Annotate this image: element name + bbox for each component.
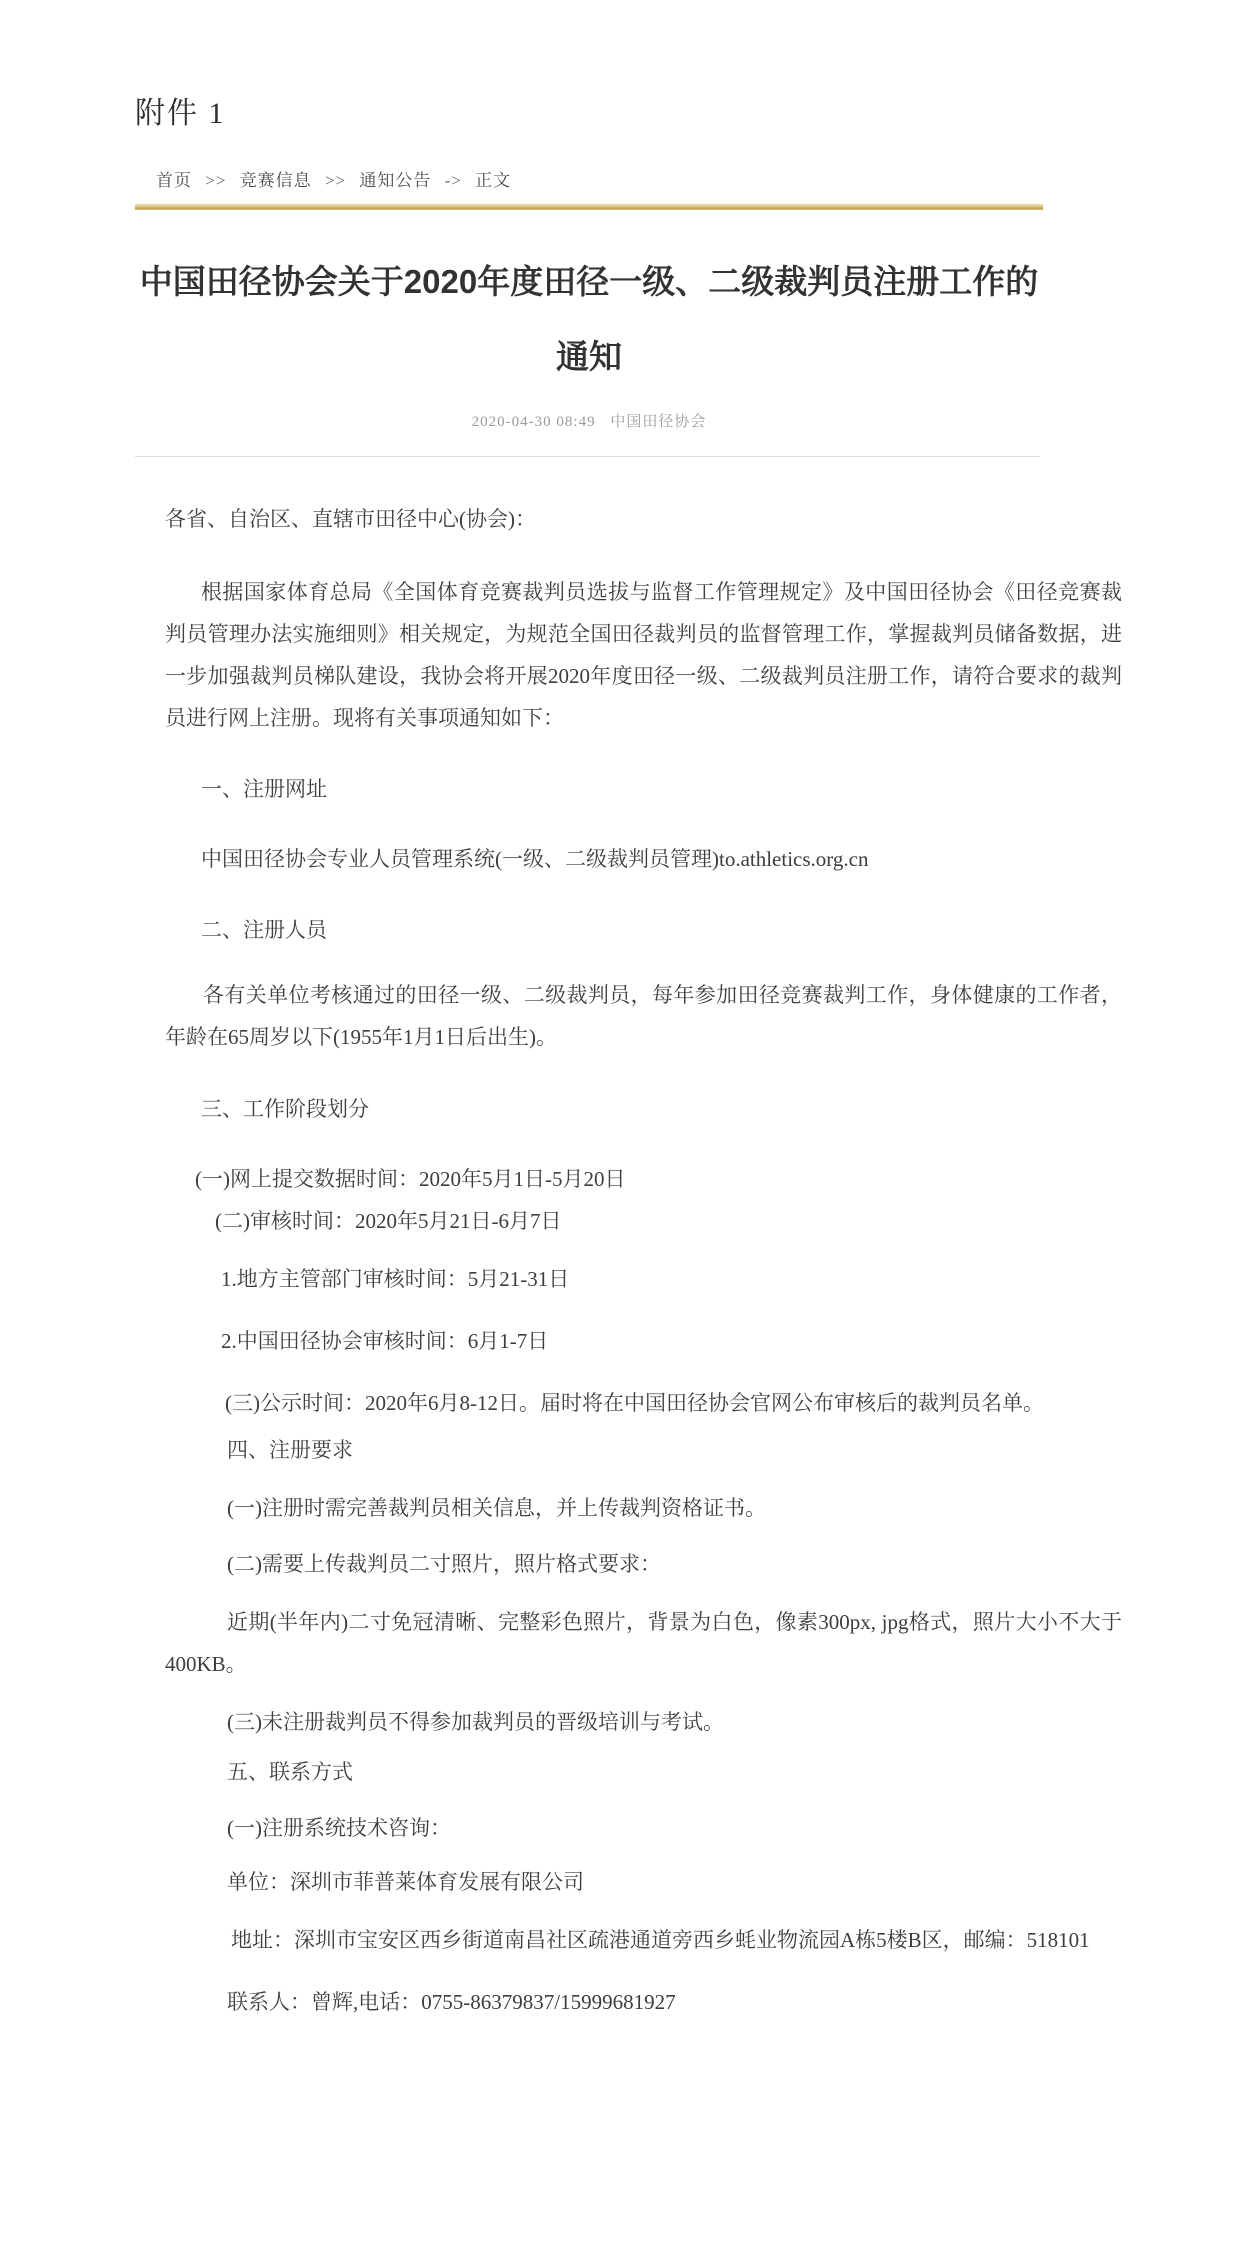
content-divider — [135, 456, 1040, 457]
stage-item-submit-time: (一)网上提交数据时间：2020年5月1日-5月20日 — [195, 1158, 1122, 1200]
breadcrumb: 首页 >> 竞赛信息 >> 通知公告 -> 正文 — [156, 166, 1257, 191]
contact-item-address: 地址：深圳市宝安区西乡街道南昌社区疏港通道旁西乡蚝业物流园A栋5楼B区，邮编：5… — [231, 1919, 1122, 1961]
accent-rule — [135, 204, 1043, 210]
breadcrumb-item-notices[interactable]: 通知公告 — [359, 171, 431, 190]
section-2-heading: 二、注册人员 — [201, 909, 1122, 951]
salutation-line: 各省、自治区、直辖市田径中心(协会)： — [165, 498, 1122, 540]
attachment-label: 附件 1 — [135, 88, 1257, 132]
breadcrumb-separator: >> — [325, 171, 346, 190]
requirement-item-photo: (二)需要上传裁判员二寸照片，照片格式要求： — [227, 1543, 1122, 1585]
breadcrumb-item-competition-info[interactable]: 竞赛信息 — [240, 171, 312, 190]
article-source: 中国田径协会 — [610, 414, 706, 430]
photo-spec-paragraph: 近期(半年内)二寸免冠清晰、完整彩色照片，背景为白色，像素300px, jpg格… — [165, 1601, 1122, 1685]
contact-item-consult: (一)注册系统技术咨询： — [227, 1807, 1122, 1849]
stage-item-publicity: (三)公示时间：2020年6月8-12日。届时将在中国田径协会官网公布审核后的裁… — [225, 1382, 1122, 1424]
stage-item-review-time: (二)审核时间：2020年5月21日-6月7日 — [215, 1200, 1122, 1242]
article-body: 各省、自治区、直辖市田径中心(协会)： 根据国家体育总局《全国体育竞赛裁判员选拔… — [165, 498, 1122, 2023]
section-2-paragraph: 各有关单位考核通过的田径一级、二级裁判员，每年参加田径竞赛裁判工作，身体健康的工… — [165, 974, 1122, 1058]
intro-paragraph: 根据国家体育总局《全国体育竞赛裁判员选拔与监督工作管理规定》及中国田径协会《田径… — [165, 571, 1122, 739]
stage-item-caa-review: 2.中国田径协会审核时间：6月1-7日 — [221, 1320, 1122, 1362]
section-3-heading: 三、工作阶段划分 — [201, 1088, 1122, 1130]
section-5-heading: 五、联系方式 — [227, 1751, 1122, 1793]
article-meta: 2020-04-30 08:49 中国田径协会 — [135, 410, 1043, 431]
breadcrumb-separator: >> — [205, 171, 226, 190]
contact-item-person-phone: 联系人：曾辉,电话：0755-86379837/15999681927 — [227, 1981, 1122, 2023]
document-page: 附件 1 首页 >> 竞赛信息 >> 通知公告 -> 正文 中国田径协会关于20… — [0, 0, 1257, 2246]
breadcrumb-separator: -> — [445, 171, 462, 190]
section-4-heading: 四、注册要求 — [227, 1429, 1122, 1471]
breadcrumb-item-current: 正文 — [475, 171, 511, 190]
contact-item-company: 单位：深圳市菲普莱体育发展有限公司 — [227, 1861, 1122, 1903]
stage-item-local-review: 1.地方主管部门审核时间：5月21-31日 — [221, 1258, 1122, 1300]
registration-url-line: 中国田径协会专业人员管理系统(一级、二级裁判员管理)to.athletics.o… — [201, 838, 1122, 880]
requirement-item-unregistered: (三)未注册裁判员不得参加裁判员的晋级培训与考试。 — [227, 1701, 1122, 1743]
article-title: 中国田径协会关于2020年度田径一级、二级裁判员注册工作的通知 — [135, 244, 1043, 394]
breadcrumb-item-home[interactable]: 首页 — [156, 171, 192, 190]
requirement-item-info: (一)注册时需完善裁判员相关信息，并上传裁判资格证书。 — [227, 1487, 1122, 1529]
section-1-heading: 一、注册网址 — [201, 768, 1122, 810]
article-datetime: 2020-04-30 08:49 — [472, 414, 596, 430]
